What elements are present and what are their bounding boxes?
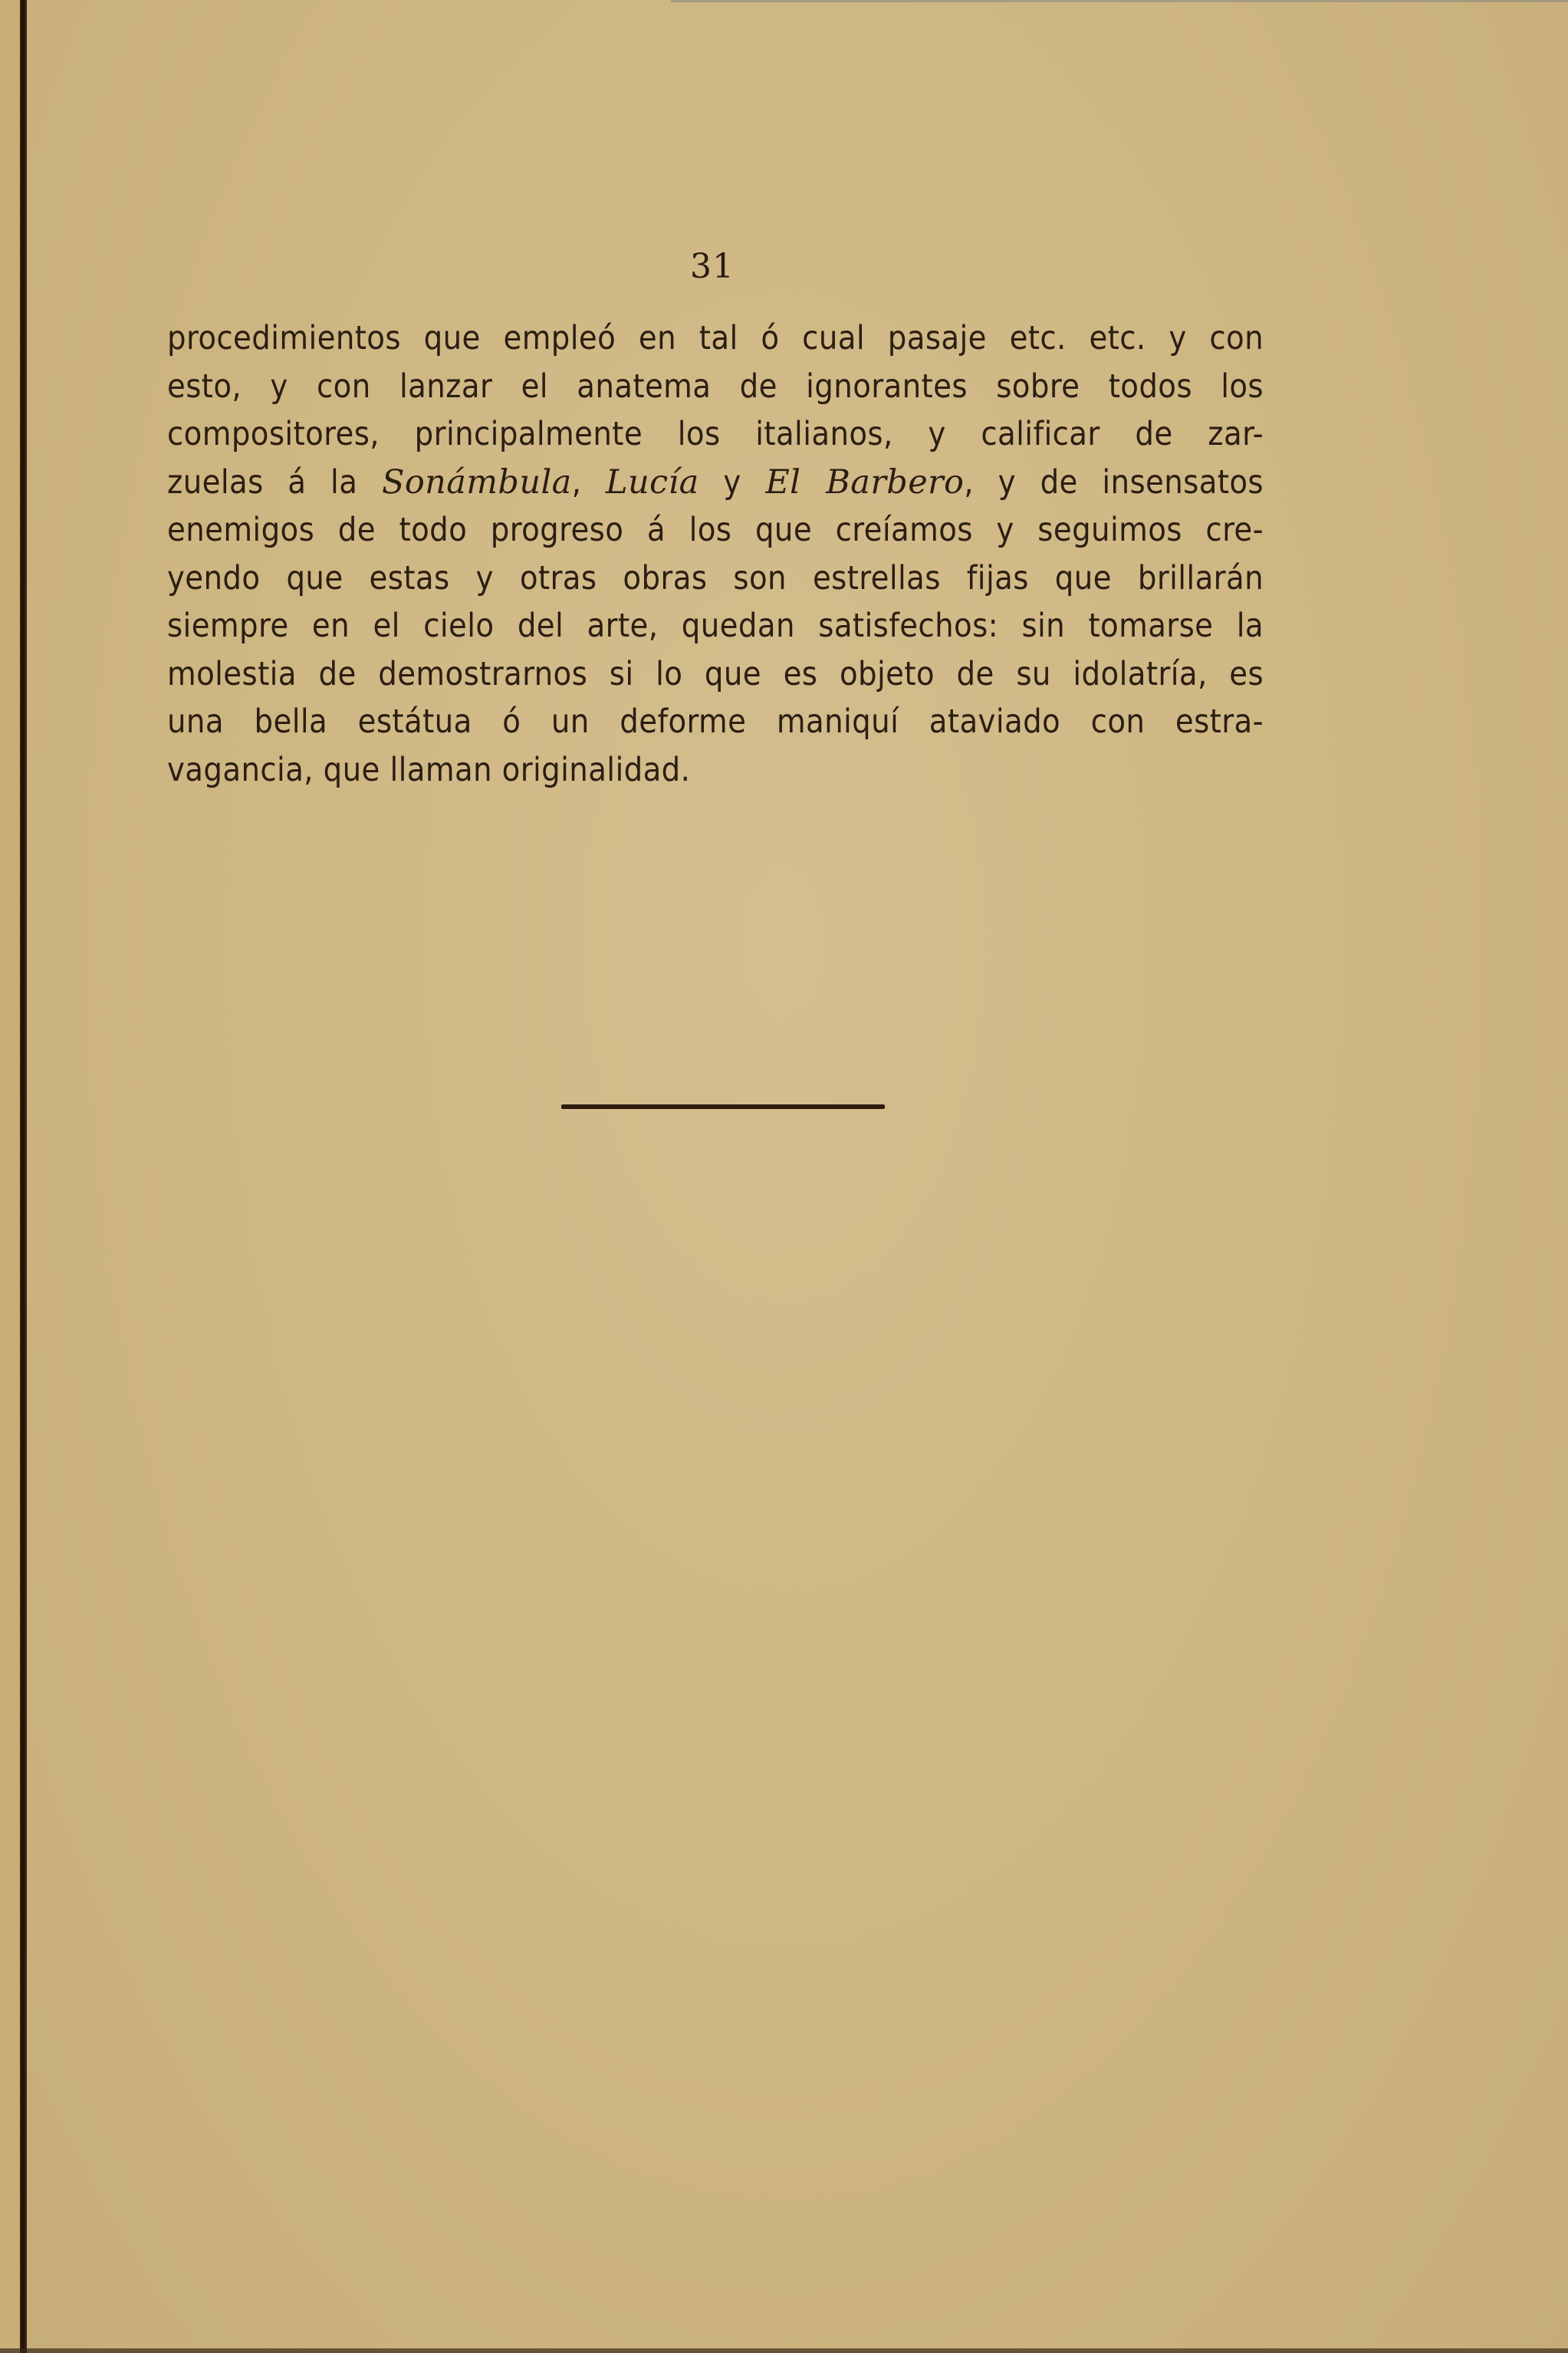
- text-fragment: zuelas á la: [167, 463, 382, 502]
- text-fragment: , y de insensatos: [964, 463, 1264, 502]
- text-line: procedimientos que empleó en tal ó cual …: [167, 314, 1264, 363]
- text-line-with-titles: zuelas á la Sonámbula, Lucía y El Barber…: [167, 459, 1264, 507]
- text-line: molestia de demostrarnos si lo que es ob…: [167, 650, 1264, 699]
- text-fragment: y: [699, 463, 766, 502]
- book-gutter: [0, 0, 20, 2353]
- text-line: una bella estátua ó un deforme maniquí a…: [167, 698, 1264, 746]
- text-line: siempre en el cielo del arte, quedan sat…: [167, 602, 1264, 650]
- text-line: yendo que estas y otras obras son estrel…: [167, 555, 1264, 603]
- page-number: 31: [690, 247, 735, 286]
- text-fragment: ,: [572, 463, 606, 502]
- italic-title-sonambula: Sonámbula: [382, 463, 572, 502]
- scanned-book-page: 31 procedimientos que empleó en tal ó cu…: [0, 0, 1568, 2353]
- binding-spine-line: [20, 0, 27, 2353]
- italic-title-el-barbero: El Barbero: [765, 463, 964, 502]
- body-paragraph: procedimientos que empleó en tal ó cual …: [167, 314, 1264, 794]
- page-bottom-edge: [0, 2348, 1568, 2353]
- text-line-last: vagancia, que llaman originalidad.: [167, 746, 1264, 795]
- text-line: esto, y con lanzar el anatema de ignoran…: [167, 363, 1264, 411]
- text-line: enemigos de todo progreso á los que creí…: [167, 506, 1264, 555]
- page-top-edge: [671, 0, 1568, 2]
- text-line: compositores, principalmente los italian…: [167, 410, 1264, 459]
- italic-title-lucia: Lucía: [606, 463, 699, 502]
- section-end-rule: [561, 1104, 885, 1109]
